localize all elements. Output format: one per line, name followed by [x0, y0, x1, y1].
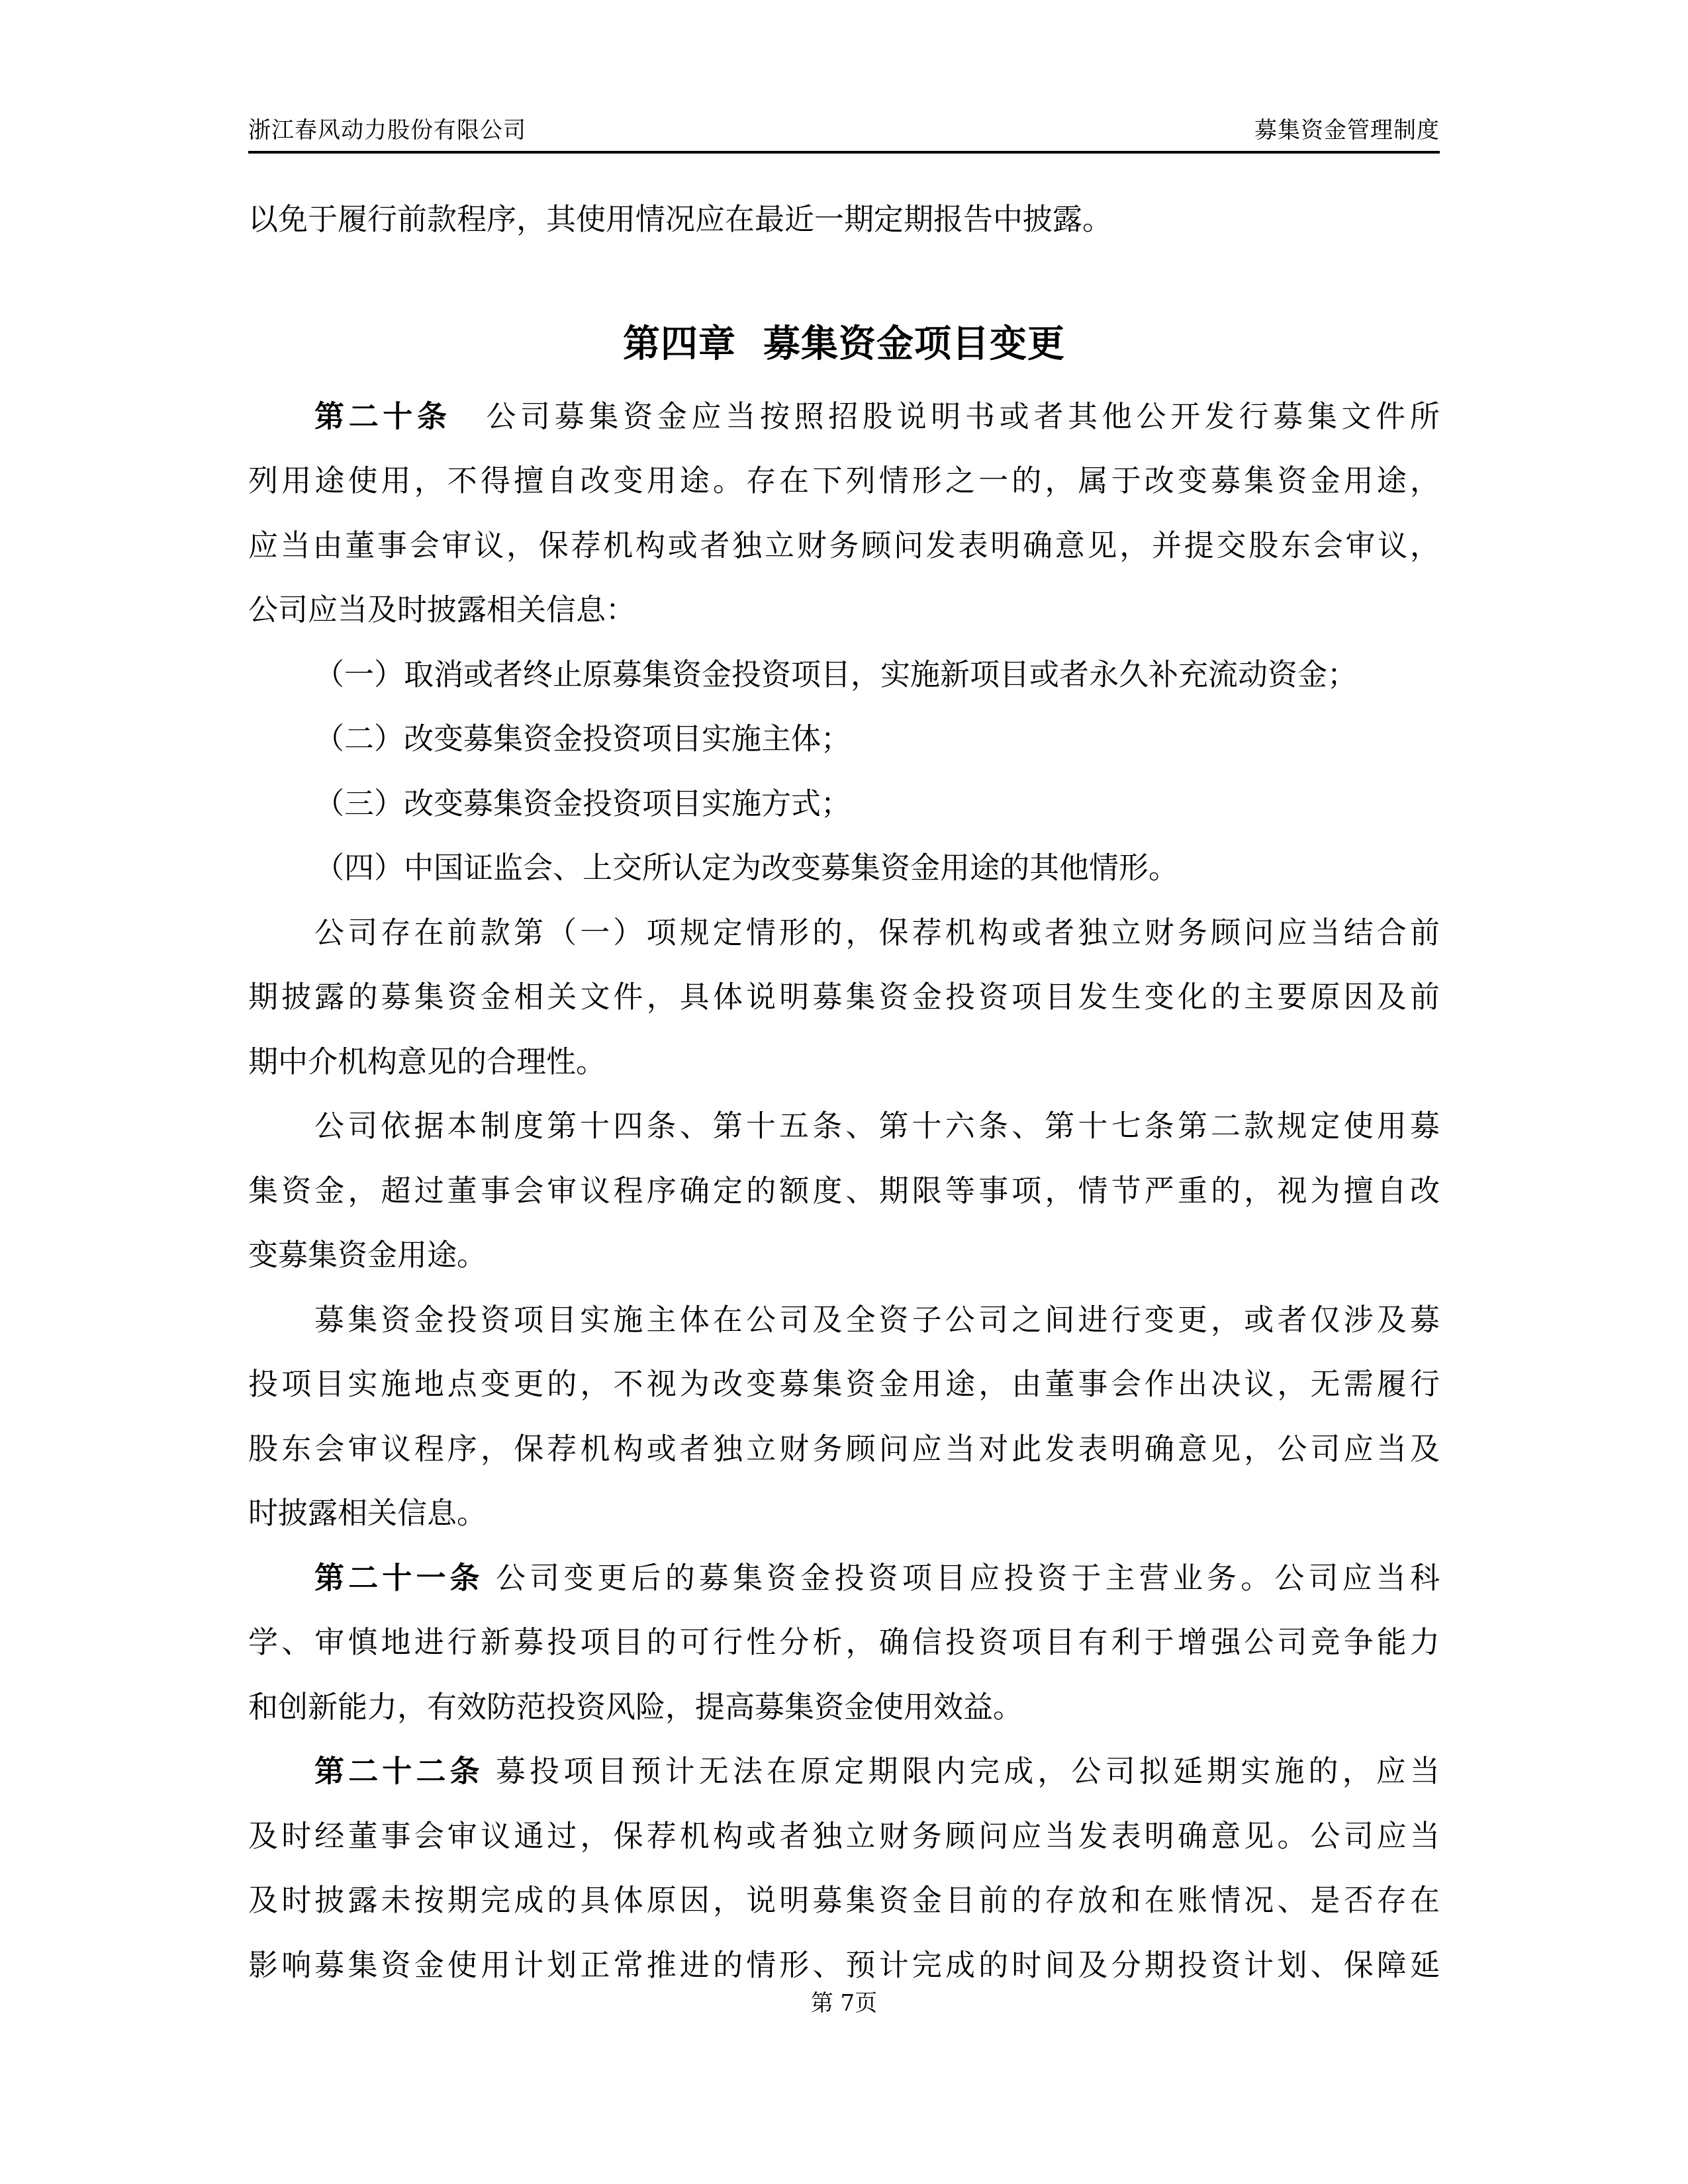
- article-20-line-2: 列用途使用，不得擅自改变用途。存在下列情形之一的，属于改变募集资金用途，: [248, 461, 1440, 501]
- page-number: 第 7页: [248, 1987, 1440, 2020]
- article-21-line-2: 学、审慎地进行新募投项目的可行性分析，确信投资项目有利于增强公司竞争能力: [248, 1623, 1440, 1662]
- article-22-text-1: 募投项目预计无法在原定期限内完成，公司拟延期实施的，应当: [492, 1754, 1440, 1789]
- paragraph-4-line-4: 时披露相关信息。: [248, 1494, 1440, 1533]
- header-document-title: 募集资金管理制度: [1254, 114, 1440, 147]
- article-20-text-1: 公司募集资金应当按照招股说明书或者其他公开发行募集文件所: [482, 399, 1440, 434]
- header-company-name: 浙江春风动力股份有限公司: [248, 114, 526, 147]
- article-22-line-4: 影响募集资金使用计划正常推进的情形、预计完成的时间及分期投资计划、保障延: [248, 1946, 1440, 1985]
- continuation-line: 以免于履行前款程序，其使用情况应在最近一期定期报告中披露。: [248, 200, 1440, 240]
- list-item-1: （一）取消或者终止原募集资金投资项目，实施新项目或者永久补充流动资金；: [248, 655, 1440, 695]
- list-item-4: （四）中国证监会、上交所认定为改变募集资金用途的其他情形。: [248, 848, 1440, 888]
- article-22-line-3: 及时披露未按期完成的具体原因，说明募集资金目前的存放和在账情况、是否存在: [248, 1881, 1440, 1921]
- paragraph-3-line-1: 公司依据本制度第十四条、第十五条、第十六条、第十七条第二款规定使用募: [248, 1107, 1440, 1146]
- article-21-line-1: 第二十一条公司变更后的募集资金投资项目应投资于主营业务。公司应当科: [248, 1559, 1440, 1598]
- article-20-line-4: 公司应当及时披露相关信息：: [248, 590, 1440, 630]
- article-20-label: 第二十条: [314, 399, 451, 434]
- article-21-text-1: 公司变更后的募集资金投资项目应投资于主营业务。公司应当科: [492, 1561, 1440, 1596]
- article-20-line-1: 第二十条公司募集资金应当按照招股说明书或者其他公开发行募集文件所: [248, 397, 1440, 437]
- paragraph-3-line-3: 变募集资金用途。: [248, 1236, 1440, 1275]
- list-item-3: （三）改变募集资金投资项目实施方式；: [248, 784, 1440, 824]
- article-22-line-1: 第二十二条募投项目预计无法在原定期限内完成，公司拟延期实施的，应当: [248, 1752, 1440, 1792]
- article-21-label: 第二十一条: [314, 1561, 484, 1596]
- paragraph-3-line-2: 集资金，超过董事会审议程序确定的额度、期限等事项，情节严重的，视为擅自改: [248, 1171, 1440, 1211]
- article-20-line-3: 应当由董事会审议，保荐机构或者独立财务顾问发表明确意见，并提交股东会审议，: [248, 526, 1440, 566]
- chapter-title: 第四章 募集资金项目变更: [248, 319, 1440, 369]
- paragraph-4-line-2: 投项目实施地点变更的，不视为改变募集资金用途，由董事会作出决议，无需履行: [248, 1365, 1440, 1404]
- article-22-line-2: 及时经董事会审议通过，保荐机构或者独立财务顾问应当发表明确意见。公司应当: [248, 1817, 1440, 1856]
- document-page: 浙江春风动力股份有限公司 募集资金管理制度 以免于履行前款程序，其使用情况应在最…: [0, 0, 1688, 2184]
- paragraph-2-line-3: 期中介机构意见的合理性。: [248, 1042, 1440, 1082]
- page-header: 浙江春风动力股份有限公司 募集资金管理制度: [248, 114, 1440, 147]
- paragraph-2-line-2: 期披露的募集资金相关文件，具体说明募集资金投资项目发生变化的主要原因及前: [248, 978, 1440, 1017]
- paragraph-4-line-3: 股东会审议程序，保荐机构或者独立财务顾问应当对此发表明确意见，公司应当及: [248, 1430, 1440, 1469]
- header-divider: [248, 151, 1440, 154]
- paragraph-4-line-1: 募集资金投资项目实施主体在公司及全资子公司之间进行变更，或者仅涉及募: [248, 1300, 1440, 1340]
- article-22-label: 第二十二条: [314, 1754, 484, 1789]
- paragraph-2-line-1: 公司存在前款第（一）项规定情形的，保荐机构或者独立财务顾问应当结合前: [248, 913, 1440, 953]
- list-item-2: （二）改变募集资金投资项目实施主体；: [248, 719, 1440, 759]
- article-21-line-3: 和创新能力，有效防范投资风险，提高募集资金使用效益。: [248, 1688, 1440, 1727]
